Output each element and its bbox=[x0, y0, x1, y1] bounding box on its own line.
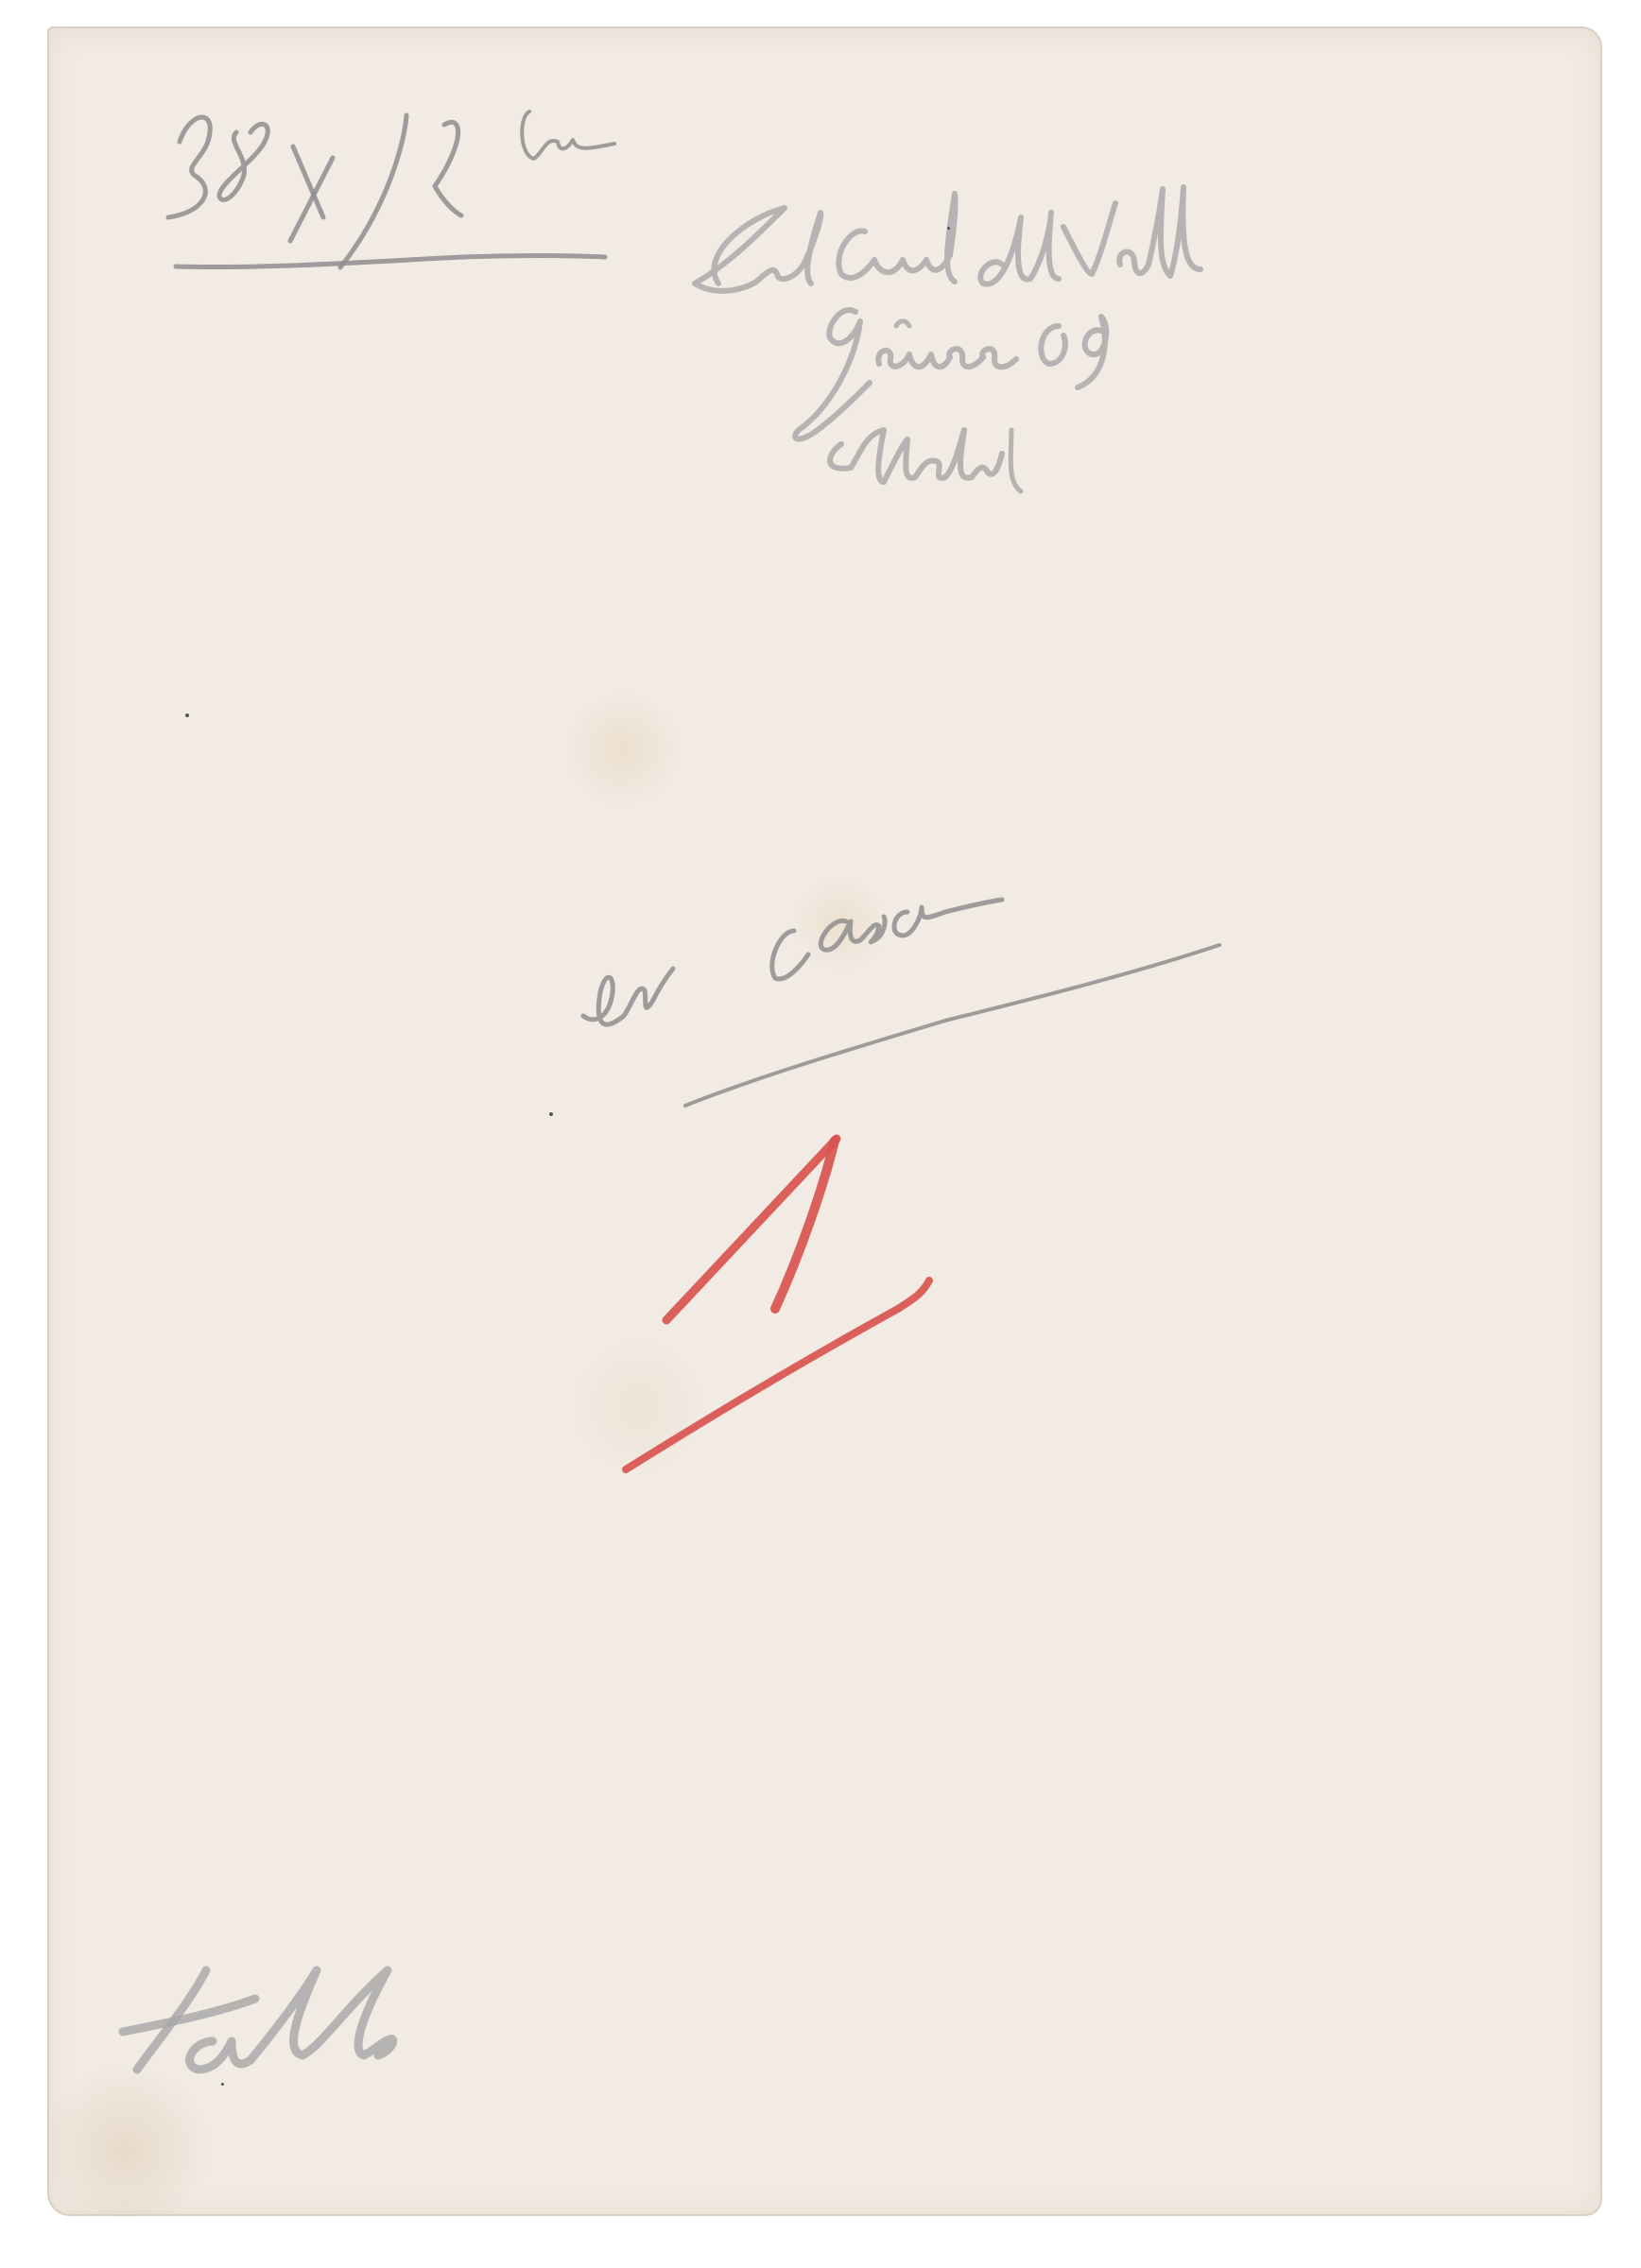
support-note-text: tabla bbox=[123, 1970, 364, 2065]
dimensions-value: 38 x 12 bbox=[170, 114, 524, 225]
paper-speck bbox=[549, 1112, 553, 1116]
paper-speck bbox=[185, 713, 189, 717]
address-text: Del Conde del Valle Génova 29 Madrid bbox=[700, 198, 1450, 524]
address-line-2: Génova 29 bbox=[700, 307, 1450, 416]
dimensions-unit: cm bbox=[554, 119, 625, 174]
dimensions-text: 38 x 12 cm bbox=[170, 123, 626, 217]
paper-speck bbox=[221, 2083, 224, 2086]
location-note-text: en casa bbox=[581, 898, 942, 992]
address-line-1: Del Conde del Valle bbox=[700, 198, 1450, 307]
red-number-text: 1 bbox=[681, 1134, 813, 1342]
address-line-3: Madrid bbox=[700, 416, 1450, 524]
